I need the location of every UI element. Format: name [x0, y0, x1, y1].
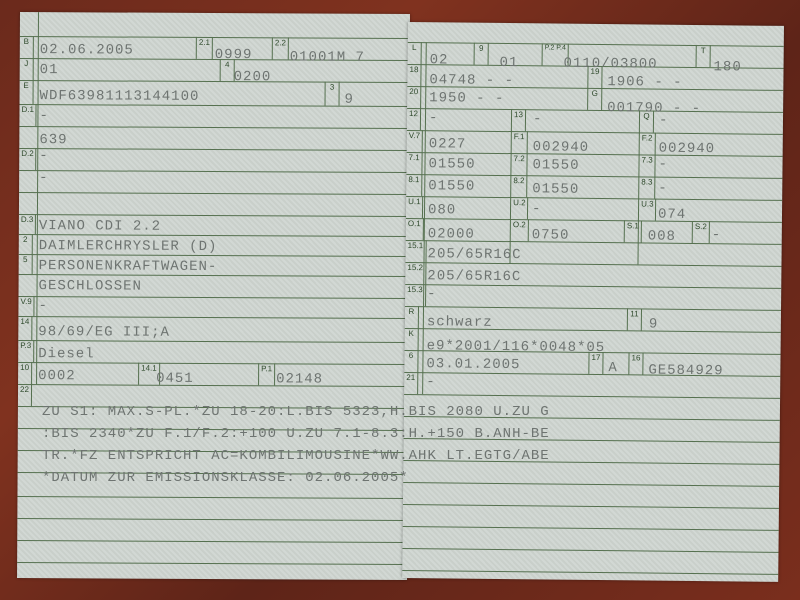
field-label-T: T: [697, 45, 711, 67]
field-row-blank: [19, 192, 409, 217]
field-label-8-3: 8.3: [639, 176, 655, 198]
field-label-O2: O.2: [511, 219, 529, 241]
field-10-value: 0002: [38, 368, 76, 384]
field-Q-value: -: [659, 113, 669, 129]
field-5-vehicle-class: PERSONENKRAFTWAGEN-: [39, 258, 218, 275]
blank-row: [17, 518, 407, 543]
field-7-3-value: -: [658, 157, 668, 173]
field-label-3: 3: [326, 82, 340, 106]
remarks-field-22: ZU S1: MAX.S-PL.*ZU 18-20:L.BIS 5323,H.B…: [20, 384, 800, 484]
field-8-3-value: -: [658, 181, 668, 197]
field-label-6: 6: [404, 350, 418, 372]
field-label-10: 10: [18, 362, 32, 384]
field-row-5-cont: GESCHLOSSEN: [19, 274, 409, 299]
field-D2-value2: -: [39, 170, 48, 186]
field-label-D3: D.3: [19, 214, 37, 234]
field-8-2-value: 01550: [532, 181, 579, 197]
field-row-14: 14 98/69/EG III;A: [18, 316, 408, 343]
field-label-12: 12: [407, 108, 421, 130]
field-label-17: 17: [589, 352, 603, 374]
field-E-vin: WDF63981113144100: [40, 88, 200, 105]
blank-row: [402, 548, 778, 575]
field-J-value: 01: [40, 62, 59, 78]
field-label-U2: U.2: [511, 197, 529, 219]
field-15-3-value: -: [427, 286, 437, 302]
field-label-F2: F.2: [640, 132, 656, 154]
field-D1-value: -: [39, 108, 48, 124]
field-label-4: 4: [221, 59, 235, 81]
field-label-2: 2: [19, 234, 33, 254]
field-V9-value: -: [38, 298, 47, 314]
remark-line: TR.*FZ ENTSPRICHT AC=KOMBILIMOUSINE*WW.A…: [42, 448, 550, 464]
field-label-9: 9: [475, 43, 489, 65]
field-14-emission: 98/69/EG III;A: [38, 324, 170, 341]
field-row-E: E WDF63981113144100 3 9: [20, 80, 410, 107]
field-label-P3: P.3: [18, 340, 34, 362]
top-margin-row: [20, 12, 410, 39]
field-label-8-1: 8.1: [406, 174, 422, 196]
field-label-13: 13: [512, 109, 526, 131]
field-6-date: 03.01.2005: [426, 356, 520, 373]
field-row-P3: P.3 Diesel: [18, 340, 408, 365]
field-2-manufacturer: DAIMLERCHRYSLER (D): [39, 238, 218, 255]
field-V7-value: 0227: [429, 136, 467, 152]
field-label-L: L: [408, 42, 422, 64]
remark-line: *DATUM ZUR EMISSIONSKLASSE: 02.06.2005*: [42, 470, 409, 486]
field-label-D2: D.2: [19, 148, 37, 170]
field-label-2-1: 2.1: [197, 37, 213, 59]
field-7-2-value: 01550: [532, 157, 579, 173]
field-label-U1: U.1: [406, 196, 424, 218]
field-5-body: GESCHLOSSEN: [39, 278, 143, 295]
field-label-G: G: [588, 88, 602, 110]
remark-line: ZU S1: MAX.S-PL.*ZU 18-20:L.BIS 5323,H.B…: [42, 404, 550, 420]
field-label-16: 16: [629, 352, 643, 374]
field-12-value: -: [429, 110, 439, 126]
field-label-7-2: 7.2: [511, 153, 527, 175]
field-label-S2: S.2: [693, 221, 710, 243]
field-label-K: K: [405, 328, 419, 350]
field-D3-model: VIANO CDI 2.2: [39, 218, 161, 235]
field-S2-value: -: [712, 227, 722, 243]
field-label-2-2: 2.2: [273, 37, 289, 59]
field-label-B: B: [20, 36, 34, 58]
field-P3-fuel: Diesel: [38, 346, 95, 362]
field-label-S1: S.1: [625, 220, 642, 242]
blank-row: [17, 540, 407, 565]
field-label-18: 18: [407, 64, 421, 86]
field-13-value: -: [533, 111, 543, 127]
field-label-8-2: 8.2: [511, 175, 527, 197]
field-15-1-tyre: 205/65R16C: [427, 246, 521, 263]
field-row-J: J 01 4 0200: [20, 58, 410, 83]
field-row-D2-cont: -: [19, 170, 409, 195]
field-label-Q: Q: [640, 110, 654, 132]
field-B-value: 02.06.2005: [40, 42, 134, 58]
field-D1-value2: 639: [39, 132, 67, 148]
field-row-D1: D.1 -: [19, 104, 409, 129]
field-label-7-3: 7.3: [639, 154, 655, 176]
field-row-D1-cont: 639: [19, 126, 409, 151]
field-label-U3: U.3: [639, 198, 657, 220]
right-page: L 02 9 01 P.2 P.4 0110/03800 T 180 18 04…: [402, 22, 784, 582]
field-label-J: J: [20, 58, 34, 80]
field-U2-value: -: [532, 201, 542, 217]
field-7-1-value: 01550: [428, 156, 475, 172]
left-page: B 02.06.2005 2.1 0999 2.2 01001M 7 J 01 …: [17, 12, 410, 580]
field-label-P1: P.1: [259, 363, 275, 385]
field-row-D2: D.2 -: [19, 148, 409, 173]
field-D2-value: -: [39, 148, 48, 164]
field-label-V7: V.7: [407, 130, 424, 152]
field-label-E: E: [20, 80, 34, 104]
field-label-V9: V.9: [18, 296, 34, 316]
field-label-7-1: 7.1: [406, 152, 422, 174]
field-label-O1: O.1: [406, 218, 424, 240]
field-U1-value: 080: [428, 202, 456, 218]
field-row-B: B 02.06.2005 2.1 0999 2.2 01001M 7: [20, 36, 410, 61]
field-label-14: 14: [18, 316, 32, 340]
field-label-11: 11: [628, 308, 642, 330]
field-15-2-tyre: 205/65R16C: [427, 268, 521, 285]
field-label-D1: D.1: [19, 104, 37, 126]
field-label-R: R: [405, 306, 419, 328]
field-20-value: 1950 - -: [429, 90, 504, 107]
blank-row: [17, 496, 407, 521]
field-label-19: 19: [588, 66, 602, 88]
field-8-1-value: 01550: [428, 178, 475, 194]
field-label-20: 20: [407, 86, 421, 108]
field-label-F1: F.1: [512, 131, 528, 153]
remark-line: :BIS 2340*ZU F.1/F.2:+100 U.ZU 7.1-8.3:H…: [42, 426, 550, 442]
field-label-5: 5: [19, 254, 33, 274]
